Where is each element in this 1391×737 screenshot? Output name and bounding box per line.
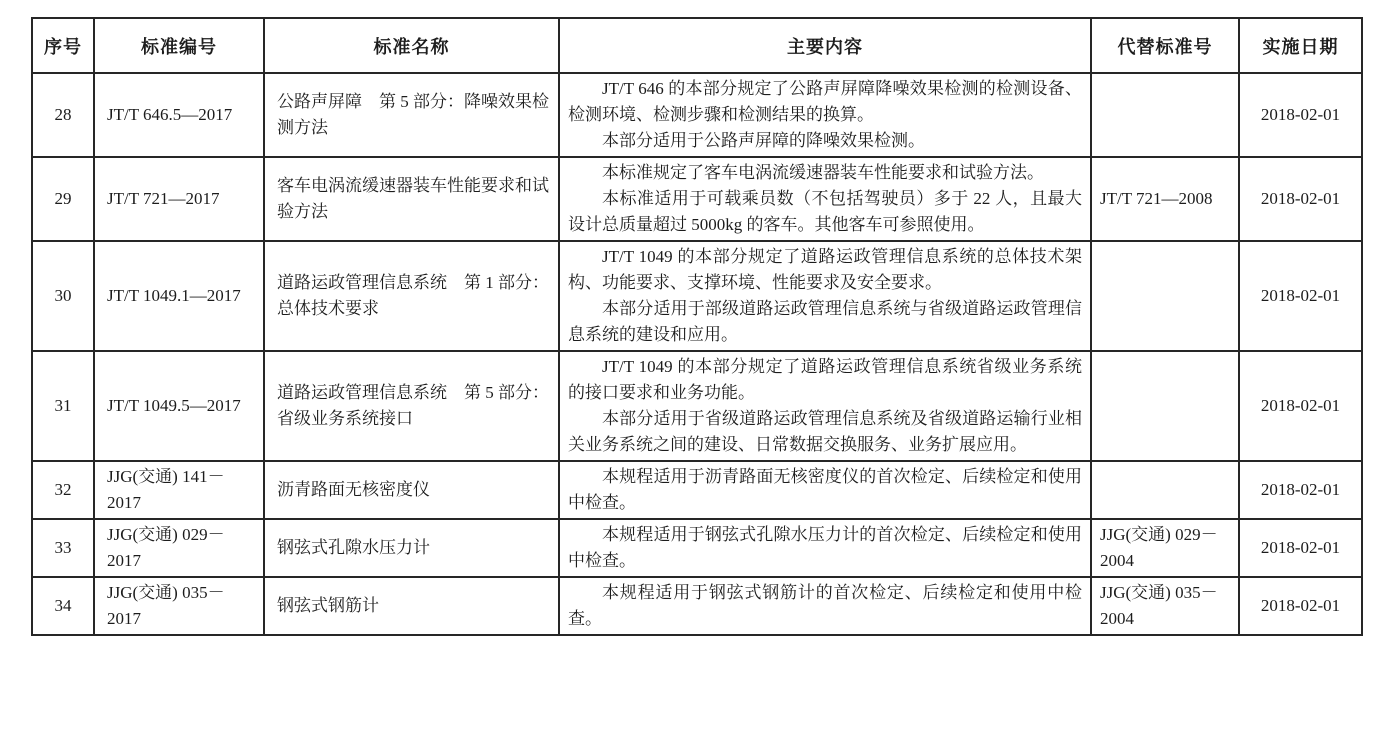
- row-replaces: [1091, 351, 1239, 461]
- content-paragraph: 本标准适用于可载乘员数（不包括驾驶员）多于 22 人，且最大设计总质量超过 50…: [568, 186, 1082, 238]
- row-code: JT/T 1049.1—2017: [94, 241, 264, 351]
- row-name: 钢弦式钢筋计: [264, 577, 559, 635]
- row-seq: 33: [32, 519, 94, 577]
- content-paragraph: 本规程适用于沥青路面无核密度仪的首次检定、后续检定和使用中检查。: [568, 464, 1082, 516]
- header-code: 标准编号: [94, 18, 264, 73]
- row-seq: 28: [32, 73, 94, 157]
- row-date: 2018-02-01: [1239, 519, 1362, 577]
- row-name: 客车电涡流缓速器装车性能要求和试验方法: [264, 157, 559, 241]
- table-row: 33 JJG(交通) 029－2017 钢弦式孔隙水压力计 本规程适用于钢弦式孔…: [32, 519, 1362, 577]
- row-name: 钢弦式孔隙水压力计: [264, 519, 559, 577]
- row-replaces: [1091, 461, 1239, 519]
- table-row: 30 JT/T 1049.1—2017 道路运政管理信息系统 第 1 部分：总体…: [32, 241, 1362, 351]
- table-header: 序号 标准编号 标准名称 主要内容 代替标准号 实施日期: [32, 18, 1362, 73]
- table-body: 28 JT/T 646.5—2017 公路声屏障 第 5 部分：降噪效果检测方法…: [32, 73, 1362, 635]
- row-content: JT/T 1049 的本部分规定了道路运政管理信息系统省级业务系统的接口要求和业…: [559, 351, 1091, 461]
- row-content: 本规程适用于钢弦式钢筋计的首次检定、后续检定和使用中检查。: [559, 577, 1091, 635]
- row-name: 沥青路面无核密度仪: [264, 461, 559, 519]
- row-code: JT/T 721—2017: [94, 157, 264, 241]
- table-row: 32 JJG(交通) 141－2017 沥青路面无核密度仪 本规程适用于沥青路面…: [32, 461, 1362, 519]
- content-paragraph: 本部分适用于部级道路运政管理信息系统与省级道路运政管理信息系统的建设和应用。: [568, 296, 1082, 348]
- row-date: 2018-02-01: [1239, 157, 1362, 241]
- row-name: 道路运政管理信息系统 第 1 部分：总体技术要求: [264, 241, 559, 351]
- table-row: 29 JT/T 721—2017 客车电涡流缓速器装车性能要求和试验方法 本标准…: [32, 157, 1362, 241]
- row-code: JJG(交通) 035－2017: [94, 577, 264, 635]
- header-replaces: 代替标准号: [1091, 18, 1239, 73]
- row-content: JT/T 646 的本部分规定了公路声屏障降噪效果检测的检测设备、检测环境、检测…: [559, 73, 1091, 157]
- header-name: 标准名称: [264, 18, 559, 73]
- table-row: 31 JT/T 1049.5—2017 道路运政管理信息系统 第 5 部分：省级…: [32, 351, 1362, 461]
- row-replaces: JT/T 721—2008: [1091, 157, 1239, 241]
- row-seq: 32: [32, 461, 94, 519]
- header-row: 序号 标准编号 标准名称 主要内容 代替标准号 实施日期: [32, 18, 1362, 73]
- row-content: 本规程适用于钢弦式孔隙水压力计的首次检定、后续检定和使用中检查。: [559, 519, 1091, 577]
- row-replaces: JJG(交通) 035－2004: [1091, 577, 1239, 635]
- header-seq: 序号: [32, 18, 94, 73]
- row-seq: 29: [32, 157, 94, 241]
- row-code: JJG(交通) 141－2017: [94, 461, 264, 519]
- content-paragraph: 本规程适用于钢弦式孔隙水压力计的首次检定、后续检定和使用中检查。: [568, 522, 1082, 574]
- row-seq: 31: [32, 351, 94, 461]
- row-content: 本标准规定了客车电涡流缓速器装车性能要求和试验方法。本标准适用于可载乘员数（不包…: [559, 157, 1091, 241]
- table-row: 34 JJG(交通) 035－2017 钢弦式钢筋计 本规程适用于钢弦式钢筋计的…: [32, 577, 1362, 635]
- table-row: 28 JT/T 646.5—2017 公路声屏障 第 5 部分：降噪效果检测方法…: [32, 73, 1362, 157]
- content-paragraph: 本部分适用于省级道路运政管理信息系统及省级道路运输行业相关业务系统之间的建设、日…: [568, 406, 1082, 458]
- row-code: JT/T 646.5—2017: [94, 73, 264, 157]
- row-replaces: [1091, 241, 1239, 351]
- header-date: 实施日期: [1239, 18, 1362, 73]
- content-paragraph: JT/T 1049 的本部分规定了道路运政管理信息系统的总体技术架构、功能要求、…: [568, 244, 1082, 296]
- content-paragraph: 本部分适用于公路声屏障的降噪效果检测。: [568, 128, 1082, 154]
- content-paragraph: 本标准规定了客车电涡流缓速器装车性能要求和试验方法。: [568, 160, 1082, 186]
- content-paragraph: 本规程适用于钢弦式钢筋计的首次检定、后续检定和使用中检查。: [568, 580, 1082, 632]
- content-paragraph: JT/T 1049 的本部分规定了道路运政管理信息系统省级业务系统的接口要求和业…: [568, 354, 1082, 406]
- row-date: 2018-02-01: [1239, 461, 1362, 519]
- row-date: 2018-02-01: [1239, 577, 1362, 635]
- row-content: 本规程适用于沥青路面无核密度仪的首次检定、后续检定和使用中检查。: [559, 461, 1091, 519]
- standards-table: 序号 标准编号 标准名称 主要内容 代替标准号 实施日期 28 JT/T 646…: [31, 17, 1363, 636]
- row-seq: 30: [32, 241, 94, 351]
- row-name: 公路声屏障 第 5 部分：降噪效果检测方法: [264, 73, 559, 157]
- row-seq: 34: [32, 577, 94, 635]
- content-paragraph: JT/T 646 的本部分规定了公路声屏障降噪效果检测的检测设备、检测环境、检测…: [568, 76, 1082, 128]
- row-replaces: JJG(交通) 029－2004: [1091, 519, 1239, 577]
- row-date: 2018-02-01: [1239, 241, 1362, 351]
- row-code: JT/T 1049.5—2017: [94, 351, 264, 461]
- row-name: 道路运政管理信息系统 第 5 部分：省级业务系统接口: [264, 351, 559, 461]
- row-replaces: [1091, 73, 1239, 157]
- row-date: 2018-02-01: [1239, 351, 1362, 461]
- row-code: JJG(交通) 029－2017: [94, 519, 264, 577]
- header-content: 主要内容: [559, 18, 1091, 73]
- row-content: JT/T 1049 的本部分规定了道路运政管理信息系统的总体技术架构、功能要求、…: [559, 241, 1091, 351]
- row-date: 2018-02-01: [1239, 73, 1362, 157]
